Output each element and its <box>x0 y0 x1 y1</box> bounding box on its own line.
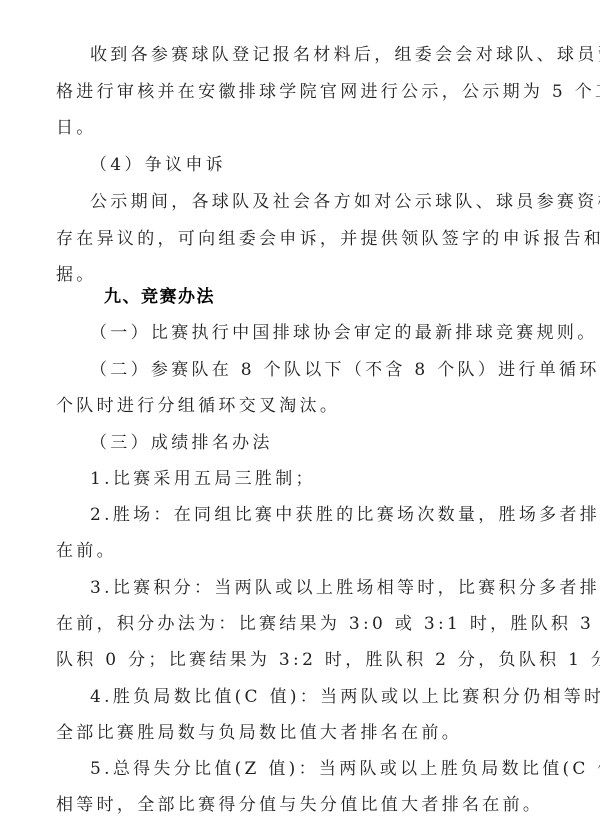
list-item-continuation: 在前，积分办法为：比赛结果为 3:0 或 3:1 时，胜队积 3 分，负 <box>56 613 550 635</box>
paragraph-line: 据。 <box>56 264 550 286</box>
list-item: 2.胜场：在同组比赛中获胜的比赛场次数量，胜场多者排名 <box>90 504 584 526</box>
list-item: 4.胜负局数比值(C 值)：当两队或以上比赛积分仍相等时， <box>90 686 584 708</box>
list-item-continuation: 相等时，全部比赛得分值与失分值比值大者排名在前。 <box>56 794 550 816</box>
list-item-continuation: 在前。 <box>56 540 550 562</box>
list-item: 3.比赛积分：当两队或以上胜场相等时，比赛积分多者排名 <box>90 577 584 599</box>
list-item-continuation: 队积 0 分；比赛结果为 3:2 时，胜队积 2 分，负队积 1 分； <box>56 649 550 671</box>
section-heading: 九、竞赛办法 <box>104 286 598 308</box>
paragraph-line: 公示期间，各球队及社会各方如对公示球队、球员参赛资格 <box>90 191 584 213</box>
paragraph-line: （二）参赛队在 8 个队以下（不含 8 个队）进行单循环，8 <box>90 359 584 381</box>
document-page: 收到各参赛球队登记报名材料后，组委会会对球队、球员资 格进行审核并在安徽排球学院… <box>0 0 600 832</box>
paragraph-line: （一）比赛执行中国排球协会审定的最新排球竞赛规则。 <box>90 322 584 344</box>
subsection-title: （4）争议申诉 <box>90 154 584 176</box>
paragraph-line: 日。 <box>56 117 550 139</box>
list-item: 1.比赛采用五局三胜制； <box>90 468 584 490</box>
paragraph-line: 格进行审核并在安徽排球学院官网进行公示，公示期为 5 个工作 <box>56 81 550 103</box>
list-item-continuation: 全部比赛胜局数与负局数比值大者排名在前。 <box>56 722 550 744</box>
paragraph-line: 收到各参赛球队登记报名材料后，组委会会对球队、球员资 <box>90 44 584 66</box>
paragraph-line: 个队时进行分组循环交叉淘汰。 <box>56 395 550 417</box>
subsection-title: （三）成绩排名办法 <box>90 432 584 454</box>
list-item: 5.总得失分比值(Z 值)：当两队或以上胜负局数比值(C 值)仍 <box>90 758 584 780</box>
paragraph-line: 存在异议的，可向组委会申诉，并提供领队签字的申诉报告和证 <box>56 228 550 250</box>
